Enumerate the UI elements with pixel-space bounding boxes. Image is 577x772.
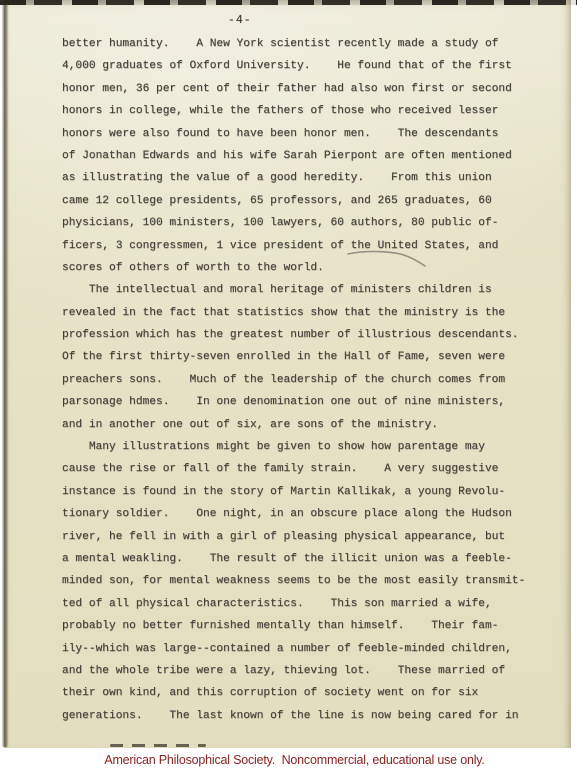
typed-line: a mental weakling. The result of the ill… [62,548,532,570]
typed-line: ted of all physical characteristics. Thi… [62,593,532,615]
page-number: -4- [228,14,252,27]
archive-credit-text: American Philosophical Society. Noncomme… [104,753,484,767]
typed-line: preachers sons. Much of the leadership o… [62,369,532,391]
typed-line: and the whole tribe were a lazy, thievin… [62,660,532,682]
typed-line: The intellectual and moral heritage of m… [62,279,532,301]
typed-line: tionary soldier. One night, in an obscur… [62,503,532,525]
typed-line: ily--which was large--contained a number… [62,638,532,660]
typed-line: 4,000 graduates of Oxford University. He… [62,55,532,77]
typed-line: river, he fell in with a girl of pleasin… [62,526,532,548]
typed-line: probably no better furnished mentally th… [62,615,532,637]
typed-line: honors in college, while the fathers of … [62,100,532,122]
scan-left-edge-shadow [2,4,8,747]
typed-line: Many illustrations might be given to sho… [62,436,532,458]
typed-line: minded son, for mental weakness seems to… [62,570,532,592]
typed-line: physicians, 100 ministers, 100 lawyers, … [62,212,532,234]
pencil-underline-mark [346,246,430,272]
typed-line: as illustrating the value of a good here… [62,167,532,189]
archive-footer: American Philosophical Society. Noncomme… [0,748,577,772]
typed-line: revealed in the fact that statistics sho… [62,302,532,324]
typed-line: Of the first thirty-seven enrolled in th… [62,346,532,368]
typed-line: of Jonathan Edwards and his wife Sarah P… [62,145,532,167]
typed-line: parsonage hdmes. In one denomination one… [62,391,532,413]
typed-line: came 12 college presidents, 65 professor… [62,190,532,212]
typed-line: generations. The last known of the line … [62,705,532,727]
typed-text-block: better humanity. A New York scientist re… [62,33,532,727]
scan-top-edge-artifact [0,0,577,5]
typed-line: scores of others of worth to the world. [62,257,532,279]
typed-line: ficers, 3 congressmen, 1 vice president … [62,235,532,257]
typed-line: and in another one out of six, are sons … [62,414,532,436]
typed-line: honor men, 36 per cent of their father h… [62,78,532,100]
typed-line: profession which has the greatest number… [62,324,532,346]
typed-line: cause the rise or fall of the family str… [62,458,532,480]
typed-line: instance is found in the story of Martin… [62,481,532,503]
typed-line: honors were also found to have been hono… [62,123,532,145]
typed-line: better humanity. A New York scientist re… [62,33,532,55]
scan-bottom-edge-artifact [110,744,206,747]
typed-line: their own kind, and this corruption of s… [62,682,532,704]
